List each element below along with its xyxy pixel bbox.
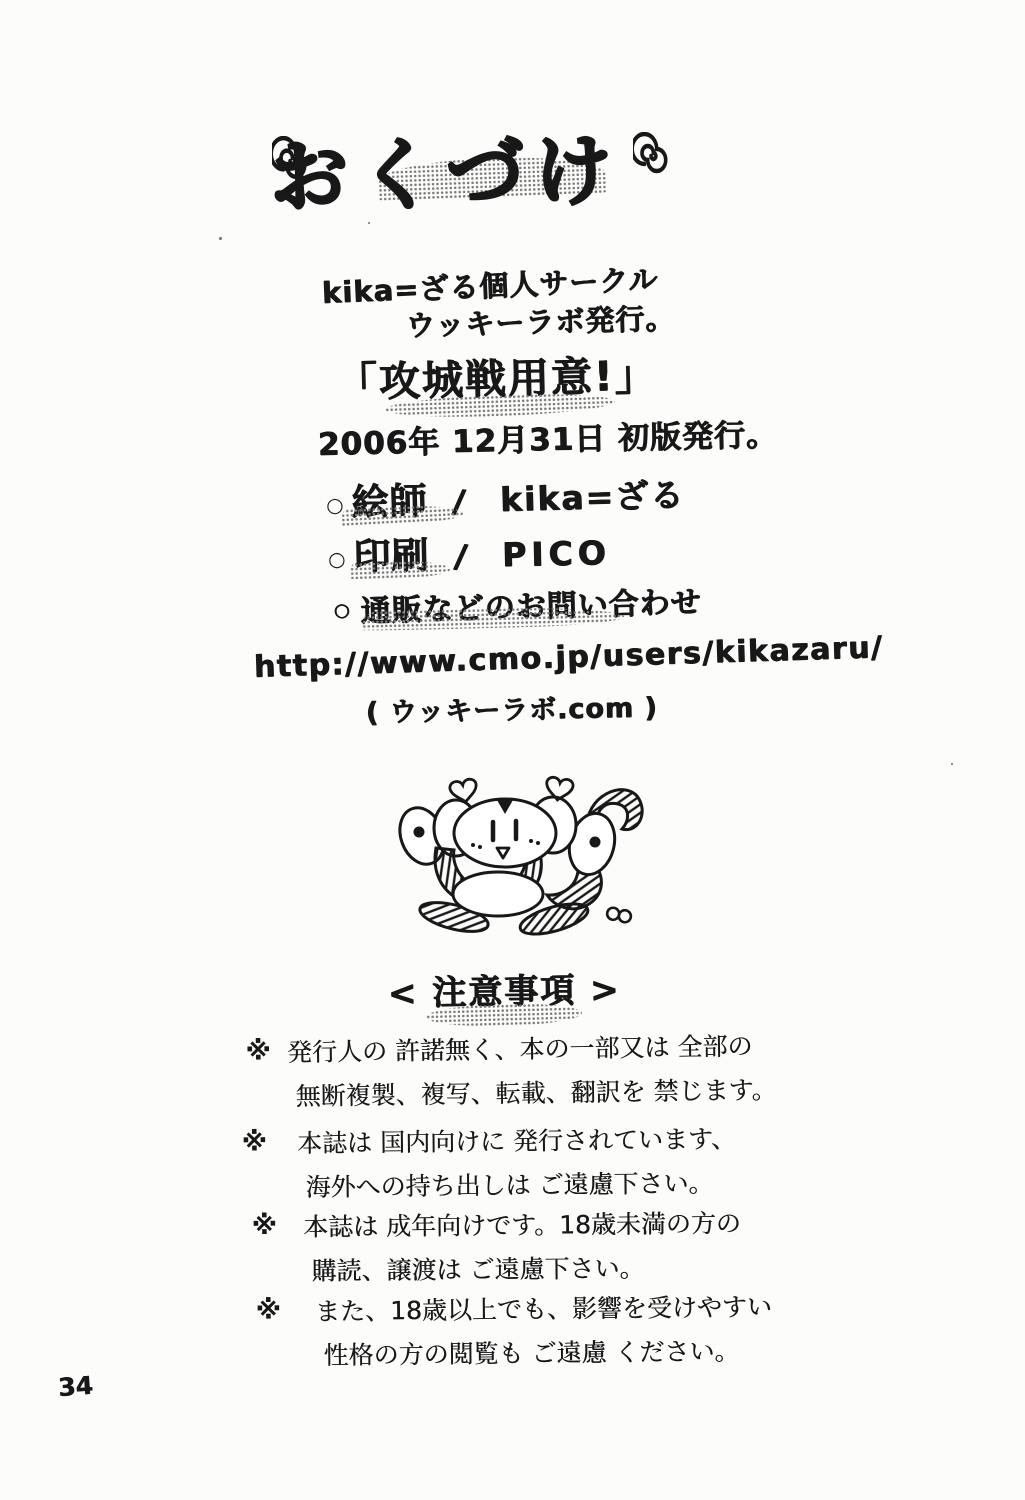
notice-item: ※ また、18歳以上でも、影響を受けやすい 性格の方の閲覧も ご遠慮 ください。 — [256, 1285, 773, 1378]
notice-item-line: 性格の方の閲覧も ご遠慮 ください。 — [323, 1329, 772, 1378]
bullet-circle-icon: ○ — [334, 600, 351, 621]
notice-item: ※ 発行人の 許諾無く、本の一部又は 全部の 無断複製、複写、転載、翻訳を 禁じ… — [245, 1024, 776, 1119]
credit-value: kika=ざる — [500, 469, 686, 521]
colophon-page: おくづけ kika=ざる個人サークル ウッキーラボ発行。 「攻城戦用意!」 20… — [0, 0, 1025, 1500]
scan-speck — [219, 237, 222, 240]
infinity-icon — [606, 907, 632, 924]
page-title: おくづけ — [269, 108, 623, 227]
scan-speck — [368, 222, 370, 224]
publisher-line: ウッキーラボ発行。 — [405, 296, 675, 345]
slash-separator: / — [453, 537, 470, 576]
spiral-icon — [633, 132, 669, 182]
notice-item: ※ 本誌は 国内向けに 発行されています、 海外への持ち出しは ご遠慮下さい。 — [242, 1117, 737, 1210]
notice-item-line: また、18歳以上でも、影響を受けやすい — [315, 1285, 772, 1334]
website-url: http://www.cmo.jp/users/kikazaru/ — [254, 630, 885, 685]
reference-mark-icon: ※ — [256, 1288, 282, 1376]
reference-mark-icon: ※ — [242, 1120, 268, 1208]
mascot-belly — [453, 872, 543, 916]
scan-speck — [951, 763, 953, 765]
page-number: 34 — [57, 1371, 94, 1402]
notice-item: ※ 本誌は 成年向けです。18歳未満の方の 購読、譲渡は ご遠慮下さい。 — [252, 1202, 742, 1294]
notice-item-line: 本誌は 国内向けに 発行されています、 — [297, 1117, 736, 1166]
reference-mark-icon: ※ — [252, 1204, 278, 1292]
monkey-mascot-doodle — [396, 766, 646, 945]
edition-date-line: 2006年 12月31日 初版発行。 — [318, 409, 779, 464]
reference-mark-icon: ※ — [245, 1029, 272, 1117]
notice-item-line: 本誌は 成年向けです。18歳未満の方の — [303, 1202, 741, 1250]
notice-item-line: 無断複製、複写、転載、翻訳を 禁じます。 — [295, 1068, 777, 1119]
bullet-circle-icon: ○ — [328, 547, 346, 571]
credit-value: PICO — [502, 533, 612, 574]
website-url-note: ( ウッキーラボ.com ) — [366, 685, 659, 729]
notice-item-line: 発行人の 許諾無く、本の一部又は 全部の — [287, 1024, 777, 1075]
page-title-row: おくづけ — [270, 112, 622, 224]
